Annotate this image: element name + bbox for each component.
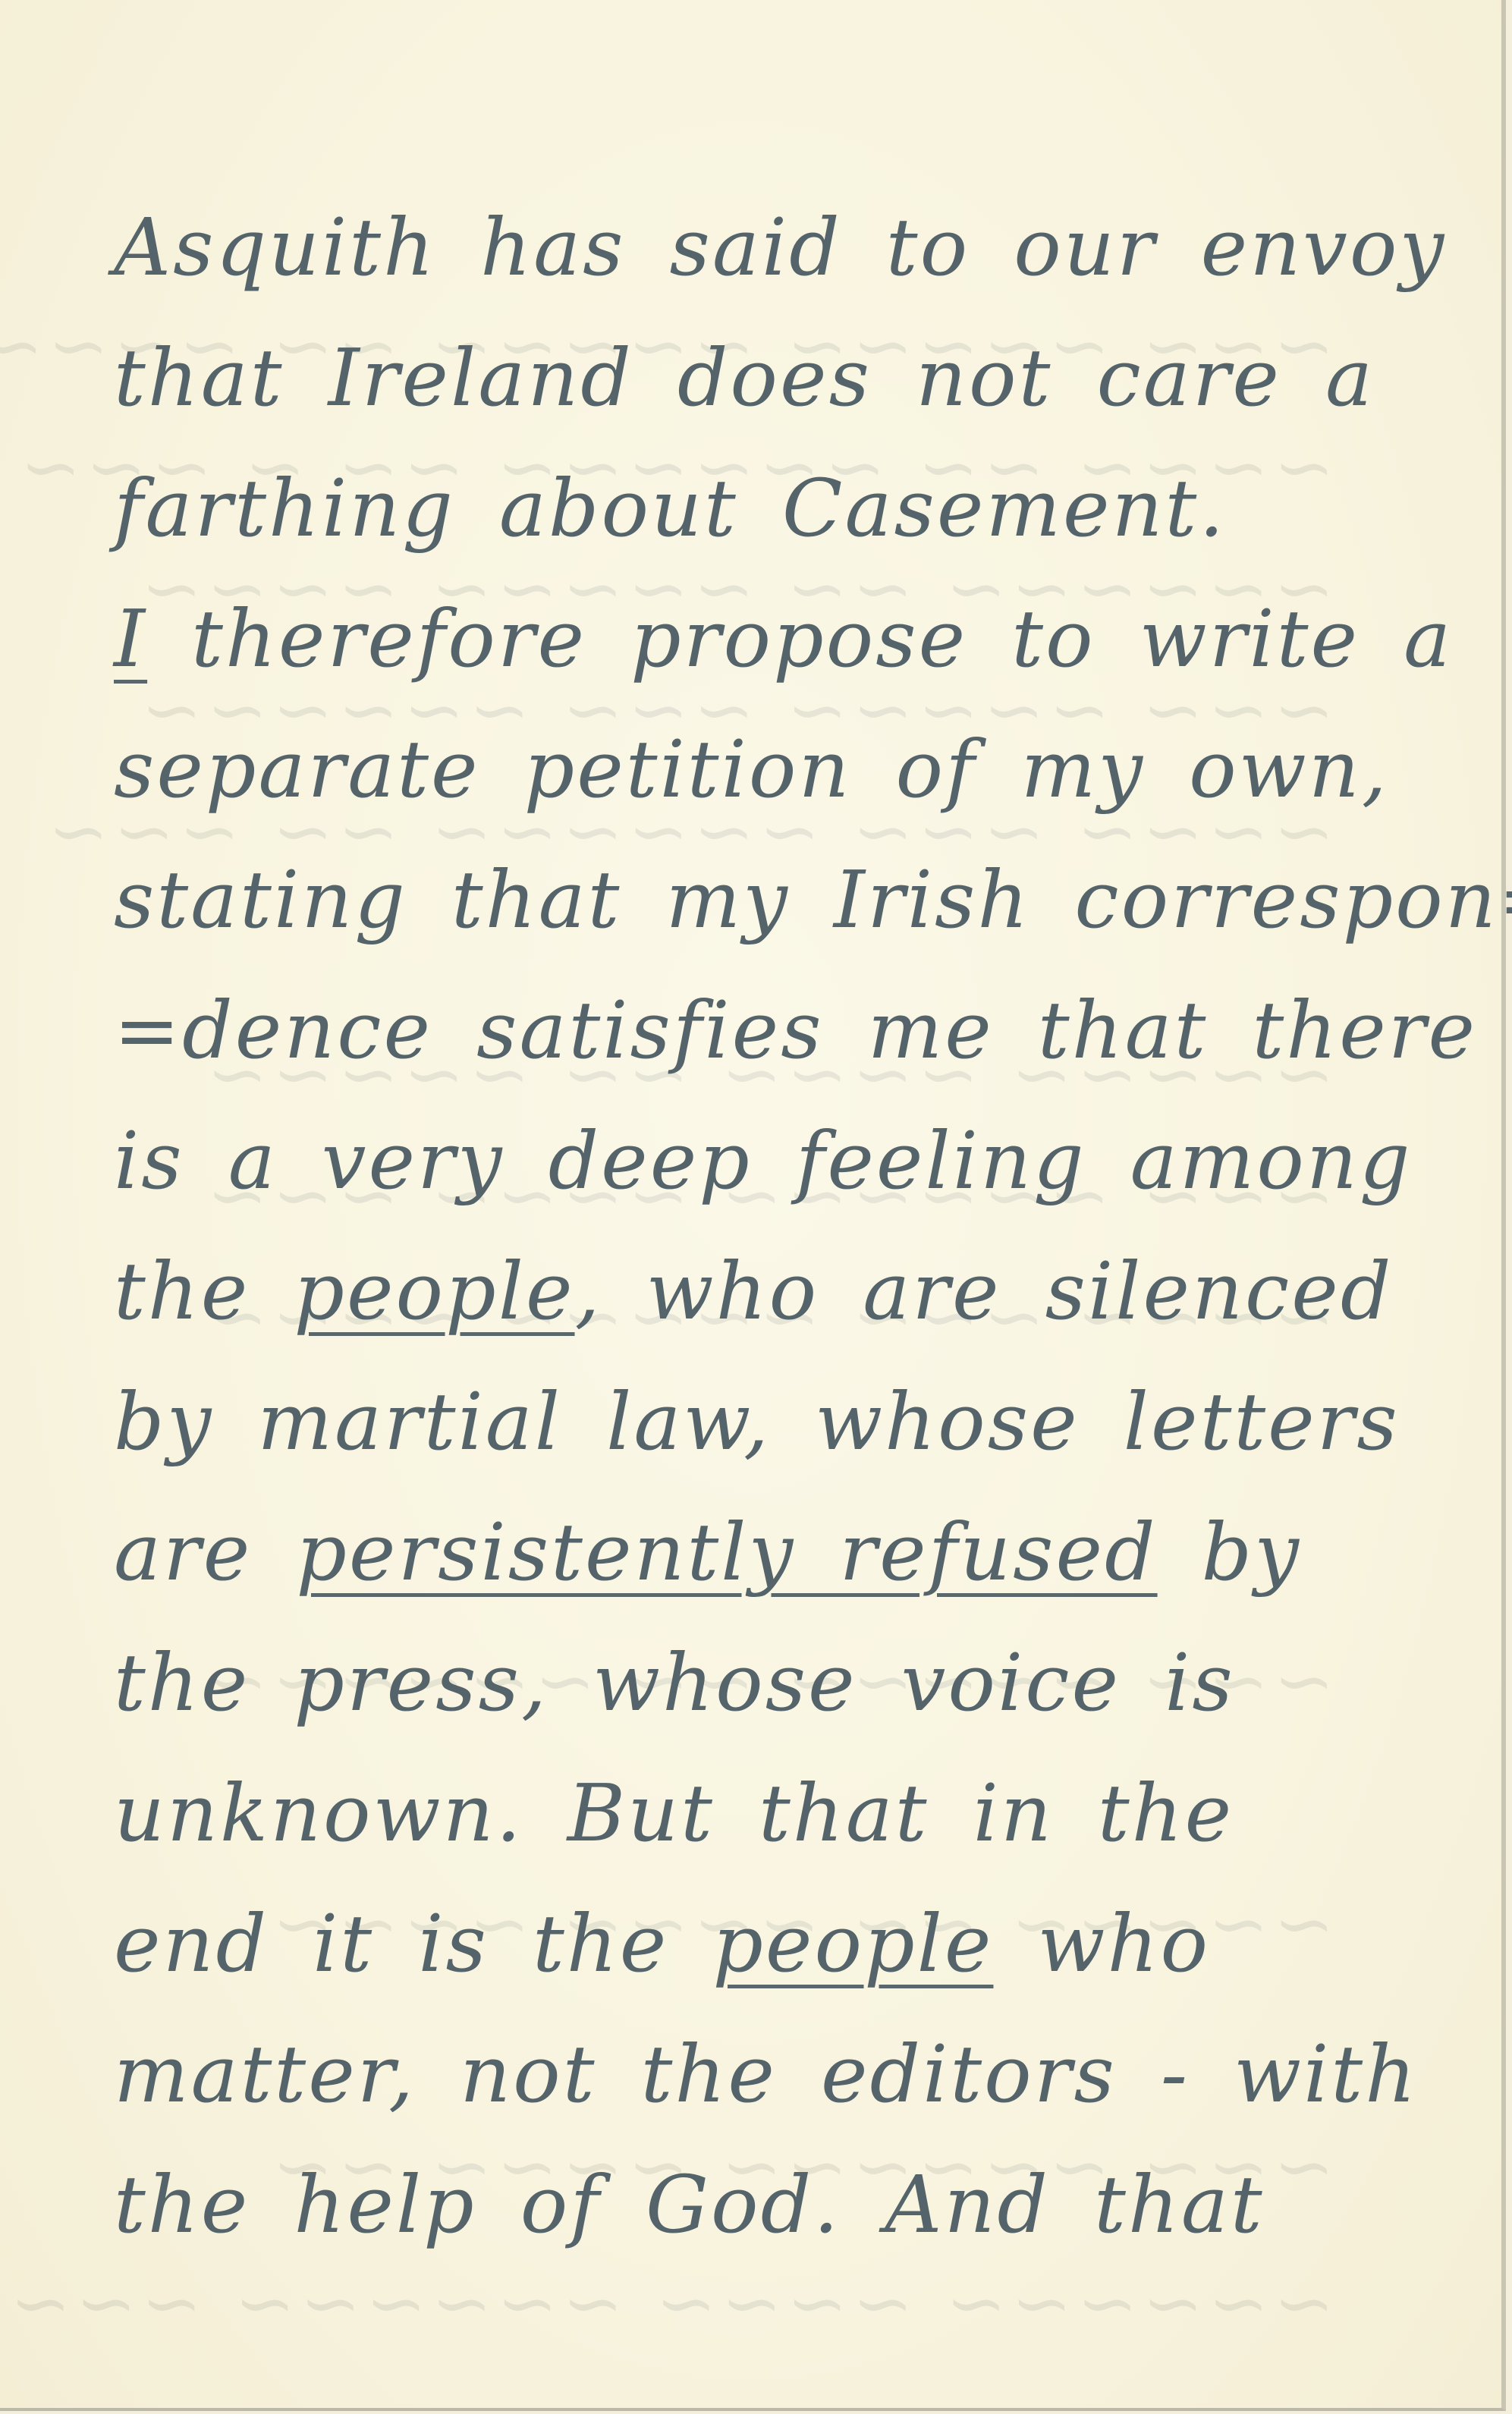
text-line-8: is a very deep feeling among	[114, 1095, 1472, 1226]
text-segment: , who are silenced	[575, 1252, 1394, 1331]
text-line-11: are persistently refused by	[114, 1487, 1472, 1617]
underlined-segment: people	[294, 1252, 574, 1331]
text-line-4: I therefore propose to write a	[114, 574, 1472, 704]
text-line-2: that Ireland does not care a	[114, 313, 1472, 443]
text-segment: is a very deep feeling among	[114, 1121, 1412, 1200]
text-line-3: farthing about Casement.	[114, 443, 1472, 574]
text-segment: therefore propose to write a	[147, 599, 1453, 678]
text-segment: by	[1158, 1513, 1301, 1592]
handwritten-text: Asquith has said to our envoy that Irela…	[114, 182, 1472, 2270]
text-line-1: Asquith has said to our envoy	[114, 182, 1472, 313]
underlined-segment: I	[114, 599, 147, 678]
text-segment: by martial law, whose letters	[114, 1382, 1400, 1461]
text-segment: unknown. But that in the	[114, 1774, 1234, 1853]
text-segment: stating that my Irish correspon=	[114, 860, 1512, 939]
text-line-10: by martial law, whose letters	[114, 1356, 1472, 1487]
text-line-9: the people, who are silenced	[114, 1226, 1472, 1356]
text-line-13: unknown. But that in the	[114, 1748, 1472, 1878]
text-segment: Asquith has said to our envoy	[114, 208, 1446, 287]
text-segment: farthing about Casement.	[114, 469, 1226, 548]
text-line-5: separate petition of my own,	[114, 704, 1472, 835]
text-line-15: matter, not the editors - with	[114, 2009, 1472, 2139]
letter-page: ~~~ ~~~~~ ~~~~~ ~~ ~~~~ ~~~~ ~~ ~~~~~~ ~…	[0, 0, 1506, 2411]
text-line-16: the help of God. And that	[114, 2139, 1472, 2270]
text-line-12: the press, whose voice is	[114, 1617, 1472, 1748]
text-segment: that Ireland does not care a	[114, 338, 1375, 417]
underlined-segment: people	[712, 1904, 993, 1983]
text-line-14: end it is the people who	[114, 1878, 1472, 2009]
text-line-6: stating that my Irish correspon=	[114, 835, 1472, 965]
text-segment: separate petition of my own,	[114, 730, 1389, 809]
text-segment: the help of God. And that	[114, 2165, 1265, 2244]
text-segment: end it is the	[114, 1904, 712, 1983]
text-segment: the press, whose voice is	[114, 1643, 1235, 1722]
underlined-segment: persistently refused	[296, 1513, 1157, 1592]
text-segment: who	[993, 1904, 1210, 1983]
text-segment: the	[114, 1252, 294, 1331]
text-segment: are	[114, 1513, 296, 1592]
text-segment: =dence satisfies me that there	[114, 991, 1477, 1070]
text-line-7: =dence satisfies me that there	[114, 965, 1472, 1095]
text-segment: matter, not the editors - with	[114, 2035, 1418, 2114]
